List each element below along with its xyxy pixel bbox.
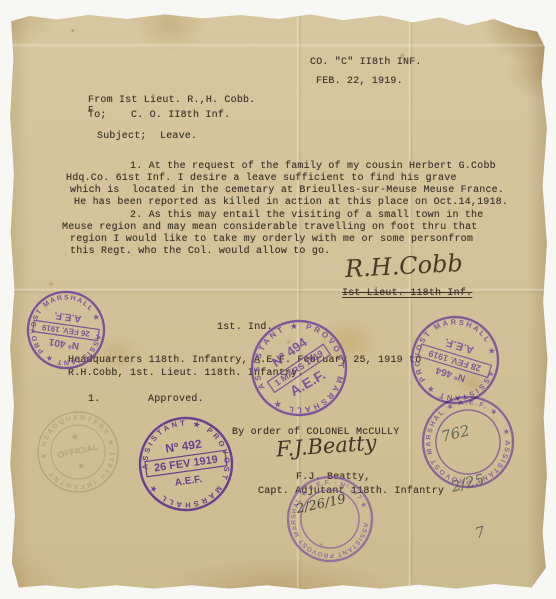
document-paper: ★ HEADQUARTERS ★ 118TH INFANTRY★OFFICIAL… <box>8 12 548 591</box>
pencil-note-line: 762 <box>437 422 474 447</box>
item-text: Approved. <box>148 394 204 406</box>
body-line: He has been reported as killed in action… <box>74 197 508 209</box>
svg-text:Nº 464: Nº 464 <box>434 364 467 384</box>
signature-title: Ist Lieut. 118th Inf. <box>342 288 472 300</box>
svg-text:A.E.F.: A.E.F. <box>174 474 203 489</box>
pencil-note-line: 2/25 <box>449 471 486 496</box>
svg-text:A.E.F.: A.E.F. <box>443 336 475 356</box>
header-unit: CO. "C" II8th INF. <box>310 57 422 69</box>
svg-text:28 FEV. 1919: 28 FEV. 1919 <box>427 348 482 373</box>
signed-title: Capt. Adjutant 118th. Infantry <box>258 486 444 498</box>
pencil-note-line: 7 <box>462 521 499 546</box>
indorsement-line2: R.H.Cobb, 1st. Lieut. 118th. Infantry. <box>68 368 304 380</box>
subject-label: Subject; <box>97 131 147 143</box>
subject-value: Leave. <box>160 131 197 143</box>
body-line: region I would like to take my orderly w… <box>70 234 473 246</box>
svg-text:★: ★ <box>70 432 80 442</box>
from-line: From Ist Lieut. R.,H. Cobb. <box>88 95 255 107</box>
body-line: which is located in the cemetary at Brie… <box>70 185 504 197</box>
stamp-provost-marshall-492: ASSISTANT ★ PROVOST MARSHALL ★Nº 49226 F… <box>130 408 242 520</box>
scan-background: ★ HEADQUARTERS ★ 118TH INFANTRY★OFFICIAL… <box>0 0 556 599</box>
body-line: Hdq.Co. 61st Inf. I desire a leave suffi… <box>66 173 457 185</box>
signed-name: F.J. Beatty, <box>296 472 370 484</box>
embossed-seal-headquarters: ★ HEADQUARTERS ★ 118TH INFANTRY★OFFICIAL… <box>28 402 128 502</box>
svg-text:Nº 401: Nº 401 <box>48 336 80 351</box>
svg-text:Nº 492: Nº 492 <box>164 437 202 456</box>
header-date: FEB. 22, 1919. <box>316 76 403 88</box>
body-line: 2. As this may entail the visiting of a … <box>130 210 483 222</box>
svg-text:26 FEV. 1919: 26 FEV. 1919 <box>41 323 91 339</box>
body-line: 1. At the request of the family of my co… <box>130 161 496 173</box>
svg-text:A.E.F.: A.E.F. <box>53 309 82 324</box>
body-line: Meuse region and may mean considerable t… <box>62 222 477 234</box>
item-number: 1. <box>88 394 100 406</box>
cobb-signature: R.H.Cobb <box>344 249 463 283</box>
to-label: To; <box>88 110 107 122</box>
to-value: C. O. II8th Inf. <box>131 110 230 122</box>
svg-text:26 FEV 1919: 26 FEV 1919 <box>153 454 218 475</box>
svg-text:★ HEADQUARTERS ★ 118TH INFANTR: ★ HEADQUARTERS ★ 118TH INFANTRY <box>32 407 123 497</box>
indorsement-heading: 1st. Ind. <box>217 322 273 334</box>
svg-text:ASSISTANT ★ PROVOST MARSHALL ★: ASSISTANT ★ PROVOST MARSHALL ★ <box>135 413 238 516</box>
indorsement-line1: Headquarters 118th. Infantry, A.E.F. Feb… <box>68 355 421 367</box>
svg-text:OFFICIAL: OFFICIAL <box>56 442 99 461</box>
pencil-note: 762 2/25 7 <box>429 389 507 579</box>
svg-text:★: ★ <box>77 461 87 471</box>
body-line: this Regt. who the Col. would allow to g… <box>70 246 330 258</box>
